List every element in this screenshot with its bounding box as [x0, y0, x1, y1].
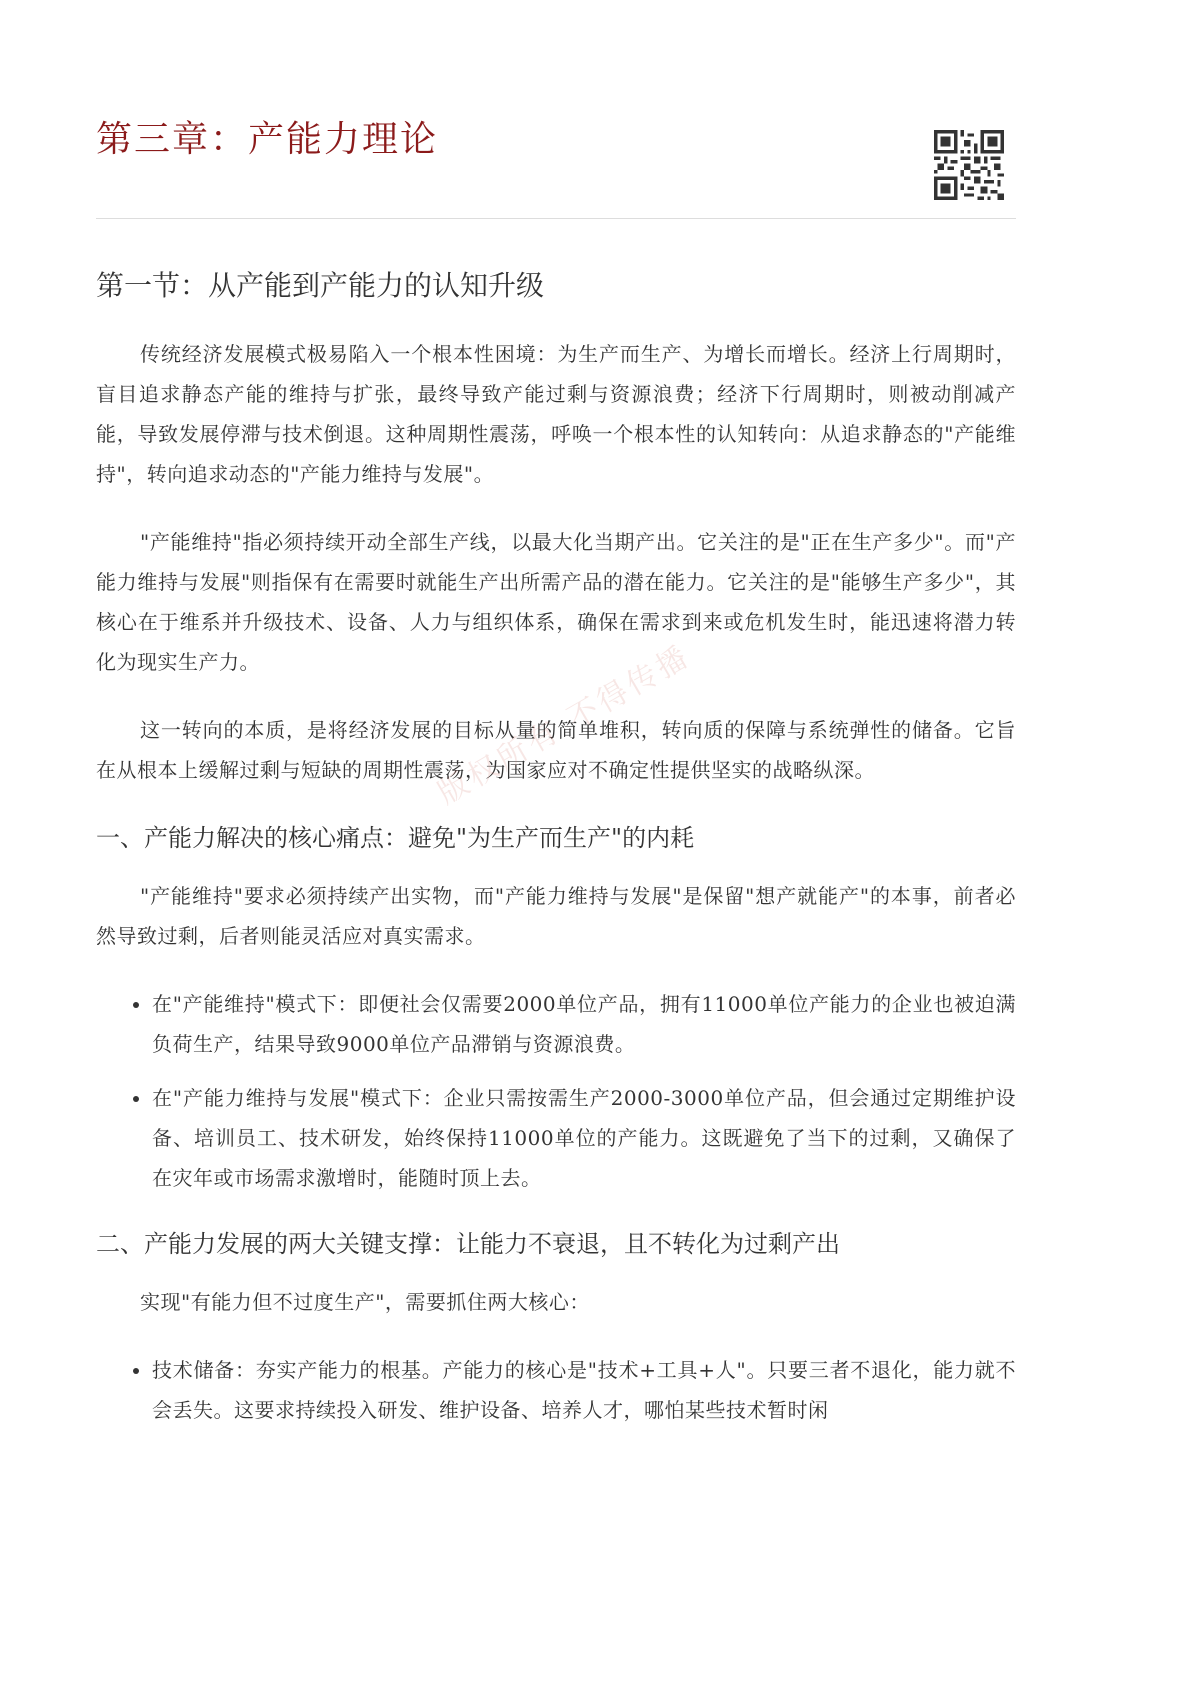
qr-code-icon: [934, 130, 1004, 200]
section-title: 第一节：从产能到产能力的认知升级: [96, 266, 544, 306]
bullet-item: 在"产能力维持与发展"模式下：企业只需按需生产2000-3000单位产品，但会通…: [152, 1078, 1016, 1198]
chapter-title: 第三章：产能力理论: [96, 116, 438, 164]
subsection-title-2: 二、产能力发展的两大关键支撑：让能力不衰退，且不转化为过剩产出: [96, 1224, 1016, 1264]
subsection-title-1: 一、产能力解决的核心痛点：避免"为生产而生产"的内耗: [96, 818, 1016, 858]
content-body: 传统经济发展模式极易陷入一个根本性困境：为生产而生产、为增长而增长。经济上行周期…: [96, 334, 1016, 1456]
subsection-1-intro: "产能维持"要求必须持续产出实物，而"产能力维持与发展"是保留"想产就能产"的本…: [96, 876, 1016, 956]
paragraph: 这一转向的本质，是将经济发展的目标从量的简单堆积，转向质的保障与系统弹性的储备。…: [96, 710, 1016, 790]
subsection-2-intro: 实现"有能力但不过度生产"，需要抓住两大核心：: [96, 1282, 1016, 1322]
paragraph: "产能维持"指必须持续开动全部生产线，以最大化当期产出。它关注的是"正在生产多少…: [96, 522, 1016, 682]
bullet-item: 在"产能维持"模式下：即便社会仅需要2000单位产品，拥有11000单位产能力的…: [152, 984, 1016, 1064]
subsection-2-bullets: 技术储备：夯实产能力的根基。产能力的核心是"技术+工具+人"。只要三者不退化，能…: [96, 1350, 1016, 1430]
header-divider: [96, 218, 1016, 219]
subsection-1-bullets: 在"产能维持"模式下：即便社会仅需要2000单位产品，拥有11000单位产能力的…: [96, 984, 1016, 1198]
bullet-item: 技术储备：夯实产能力的根基。产能力的核心是"技术+工具+人"。只要三者不退化，能…: [152, 1350, 1016, 1430]
paragraph: 传统经济发展模式极易陷入一个根本性困境：为生产而生产、为增长而增长。经济上行周期…: [96, 334, 1016, 494]
